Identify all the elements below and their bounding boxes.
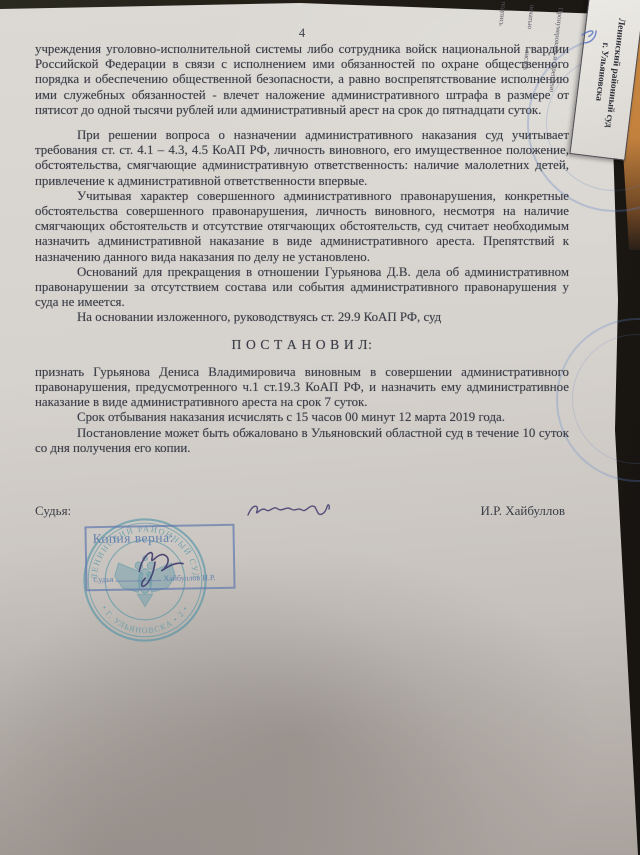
- paragraph: Оснований для прекращения в отношении Гу…: [35, 265, 569, 311]
- paragraph: Учитывая характер совершенного администр…: [35, 189, 569, 265]
- stamp-signature-icon: [131, 544, 196, 589]
- binding-note-line: подпись: [481, 1, 507, 161]
- paragraph: Срок отбывания наказания исчислять с 15 …: [35, 410, 569, 425]
- photo-frame: 4 учреждения уголовно-исполнительной сис…: [0, 0, 640, 855]
- paragraph: признать Гурьянова Дениса Владимировича …: [35, 365, 569, 411]
- paragraph: Постановление может быть обжаловано в Ул…: [35, 426, 569, 456]
- certification-stamps: ЛЕНИНСКИЙ РАЙОННЫЙ СУД • Г. УЛЬЯНОВСКА •…: [60, 505, 280, 665]
- copy-certified-stamp: Копия верна: Судья Хайбуллов И.Р.: [84, 524, 235, 592]
- paragraph: На основании изложенного, руководствуясь…: [35, 310, 569, 325]
- judge-name: И.Р. Хайбуллов: [480, 503, 565, 519]
- copy-stamp-judge-label: Судья: [93, 575, 113, 584]
- binding-annotation: Пронумеровано и скреплено печатью листов…: [462, 0, 584, 169]
- resolution-heading: П О С Т А Н О В И Л:: [35, 337, 569, 352]
- binding-note-line: Пронумеровано и скреплено: [538, 7, 564, 167]
- binding-note-line: печатью листов: [510, 4, 536, 164]
